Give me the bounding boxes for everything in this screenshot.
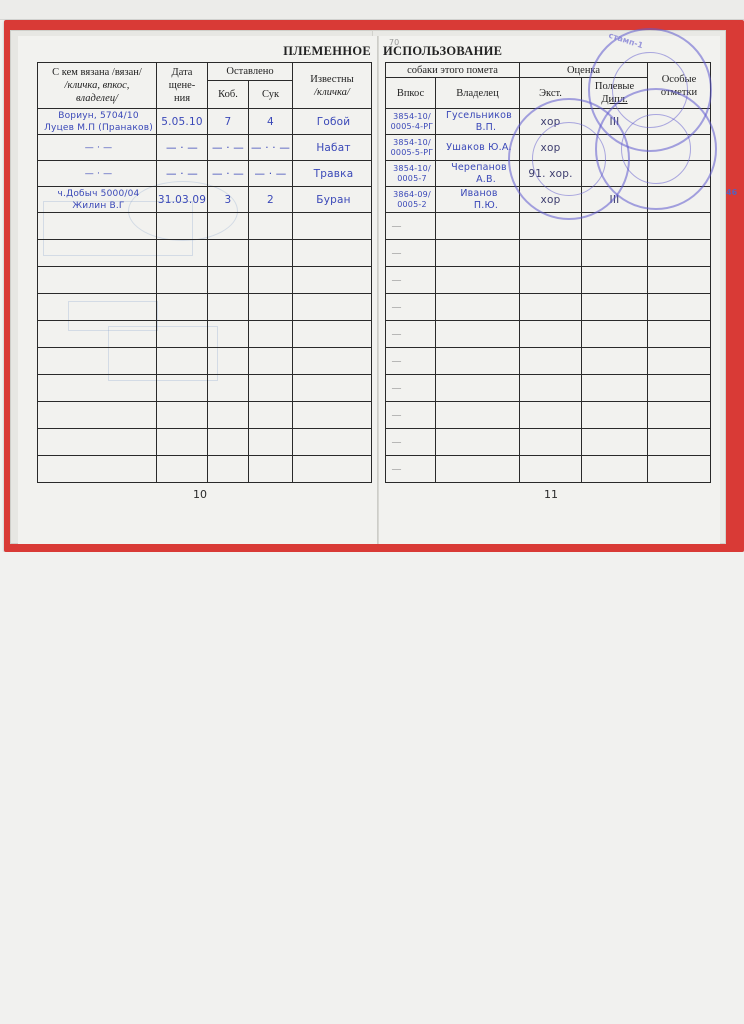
cell-mated-with	[38, 294, 157, 321]
vpkos-line-1: —	[392, 275, 435, 285]
cell-owner	[436, 402, 520, 429]
cell-exterior: хор	[520, 135, 582, 161]
cell-whelp-date	[157, 429, 208, 456]
cell-owner: ИвановП.Ю.	[436, 187, 520, 213]
cell-exterior	[520, 402, 582, 429]
cell-exterior	[520, 375, 582, 402]
cell-known-name: Буран	[293, 187, 372, 213]
cell-vpkos: —	[386, 456, 436, 483]
cell-special-notes	[648, 375, 711, 402]
cell-field-diploma	[582, 135, 648, 161]
header-whelp-date: Дата щене- ния	[157, 63, 208, 109]
cell-exterior	[520, 213, 582, 240]
cell-exterior	[520, 294, 582, 321]
cell-vpkos: —	[386, 294, 436, 321]
cell-whelp-date	[157, 213, 208, 240]
table-row: —	[386, 321, 711, 348]
mate-line-2: Луцев М.П (Пранаков)	[41, 122, 156, 134]
header-males: Коб.	[208, 81, 249, 109]
cell-vpkos: —	[386, 321, 436, 348]
cell-females	[249, 267, 293, 294]
owner-line-2: В.П.	[439, 122, 519, 134]
cell-exterior	[520, 267, 582, 294]
females-count: — · —	[254, 168, 286, 180]
cell-known-name	[293, 213, 372, 240]
whelp-date: — · —	[166, 142, 198, 154]
cell-owner	[436, 375, 520, 402]
cell-mated-with	[38, 402, 157, 429]
cell-field-diploma	[582, 375, 648, 402]
cell-known-name	[293, 240, 372, 267]
cell-males	[208, 267, 249, 294]
known-name: Травка	[314, 168, 354, 180]
cell-field-diploma	[582, 348, 648, 375]
cell-males	[208, 456, 249, 483]
scanner-blank-area	[0, 552, 744, 1024]
mate-line-1: Вориун, 5704/10	[41, 110, 156, 122]
table-row: 3854-10/0005-7ЧерепановА.В.91. хор.	[386, 161, 711, 187]
known-name: Буран	[316, 194, 350, 206]
header-owner: Владелец	[436, 78, 520, 109]
vpkos-line-1: —	[392, 248, 435, 258]
vpkos-line-1: —	[392, 464, 435, 474]
cell-whelp-date	[157, 348, 208, 375]
vpkos-line-1: 3854-10/	[389, 112, 435, 122]
exterior-rating: хор	[541, 194, 561, 206]
cell-whelp-date	[157, 375, 208, 402]
cell-owner	[436, 321, 520, 348]
mate-line-2: Жилин В.Г	[41, 200, 156, 212]
section-title-breeding: ПЛЕМЕННОЕ	[283, 44, 371, 59]
cell-mated-with	[38, 213, 157, 240]
cell-mated-with: ч.Добыч 5000/04Жилин В.Г	[38, 187, 157, 213]
cell-field-diploma	[582, 240, 648, 267]
header-vpkos: Впкос	[386, 78, 436, 109]
cell-known-name	[293, 321, 372, 348]
cell-field-diploma	[582, 402, 648, 429]
owner-line-2: А.В.	[439, 174, 519, 186]
cell-owner: Ушаков Ю.А.	[436, 135, 520, 161]
cell-mated-with	[38, 267, 157, 294]
vpkos-line-2: 0005-2	[389, 200, 435, 210]
cell-known-name	[293, 375, 372, 402]
cell-females: 4	[249, 109, 293, 135]
cell-whelp-date: 5.05.10	[157, 109, 208, 135]
cell-vpkos: —	[386, 267, 436, 294]
table-row: —	[386, 213, 711, 240]
cell-exterior: 91. хор.	[520, 161, 582, 187]
table-row	[38, 267, 372, 294]
cell-exterior	[520, 321, 582, 348]
cell-males	[208, 375, 249, 402]
cell-mated-with	[38, 375, 157, 402]
cell-field-diploma	[582, 321, 648, 348]
vpkos-line-1: 3864-09/	[389, 190, 435, 200]
exterior-rating: хор	[541, 142, 561, 154]
cell-whelp-date	[157, 240, 208, 267]
females-count: 2	[267, 194, 274, 206]
table-row: —	[386, 267, 711, 294]
litter-usage-table: собаки этого помета Оценка Особые отметк…	[385, 62, 711, 483]
cell-special-notes	[648, 187, 711, 213]
vpkos-line-1: —	[392, 302, 435, 312]
vpkos-line-2: 0005-7	[389, 174, 435, 184]
owner-line-1: Ушаков Ю.А.	[439, 142, 519, 154]
males-count: 7	[225, 116, 232, 128]
cell-special-notes	[648, 240, 711, 267]
cell-special-notes	[648, 267, 711, 294]
cell-known-name	[293, 294, 372, 321]
cell-males	[208, 321, 249, 348]
cell-special-notes	[648, 135, 711, 161]
whelp-date: — · —	[166, 168, 198, 180]
vpkos-line-1: —	[392, 383, 435, 393]
whelp-date: 5.05.10	[161, 116, 202, 128]
cell-females	[249, 240, 293, 267]
cell-owner	[436, 348, 520, 375]
cell-females: — · · —	[249, 135, 293, 161]
cell-vpkos: 3854-10/0005-5-РГ	[386, 135, 436, 161]
cell-owner	[436, 294, 520, 321]
table-row: —	[386, 348, 711, 375]
header-kept: Оставлено	[208, 63, 293, 81]
cell-whelp-date: — · —	[157, 135, 208, 161]
cell-owner	[436, 213, 520, 240]
owner-line-2: П.Ю.	[439, 200, 519, 212]
table-row: — · —— · —— · —— · · —Набат	[38, 135, 372, 161]
table-row	[38, 375, 372, 402]
table-row	[38, 321, 372, 348]
exterior-rating: хор	[541, 116, 561, 128]
mate-line-1: ч.Добыч 5000/04	[41, 188, 156, 200]
cell-mated-with	[38, 456, 157, 483]
exterior-rating: 91. хор.	[528, 168, 572, 180]
table-row: —	[386, 456, 711, 483]
cell-owner: ГусельниковВ.П.	[436, 109, 520, 135]
cell-males	[208, 213, 249, 240]
cell-special-notes	[648, 321, 711, 348]
table-row: ч.Добыч 5000/04Жилин В.Г31.03.0932Буран	[38, 187, 372, 213]
cell-known-name	[293, 402, 372, 429]
table-row: 3864-09/0005-2ИвановП.Ю.хорIII	[386, 187, 711, 213]
cell-females	[249, 402, 293, 429]
cell-special-notes	[648, 213, 711, 240]
cell-females	[249, 294, 293, 321]
header-rating: Оценка	[520, 63, 648, 78]
cell-vpkos: 3854-10/0005-7	[386, 161, 436, 187]
cell-exterior: хор	[520, 109, 582, 135]
cell-exterior	[520, 240, 582, 267]
header-known: Известны /кличка/	[293, 63, 372, 109]
cell-owner	[436, 429, 520, 456]
owner-line-1: Гусельников	[439, 110, 519, 122]
cell-vpkos: —	[386, 240, 436, 267]
cell-vpkos: 3854-10/0005-4-РГ	[386, 109, 436, 135]
cell-known-name	[293, 348, 372, 375]
field-diploma: III	[610, 194, 620, 206]
females-count: — · · —	[251, 142, 290, 154]
cell-vpkos: —	[386, 348, 436, 375]
cell-special-notes	[648, 294, 711, 321]
cell-vpkos: —	[386, 429, 436, 456]
corner-pencil-mark: 70	[389, 38, 399, 47]
cell-mated-with	[38, 429, 157, 456]
cell-whelp-date	[157, 456, 208, 483]
cell-males: — · —	[208, 135, 249, 161]
cell-field-diploma	[582, 213, 648, 240]
cell-mated-with: — · —	[38, 161, 157, 187]
cell-field-diploma	[582, 294, 648, 321]
table-row	[38, 348, 372, 375]
males-count: — · —	[212, 142, 244, 154]
cell-females	[249, 375, 293, 402]
vpkos-line-1: 3854-10/	[389, 164, 435, 174]
cell-females	[249, 321, 293, 348]
cell-exterior: хор	[520, 187, 582, 213]
vpkos-line-1: —	[392, 437, 435, 447]
cell-males	[208, 402, 249, 429]
cell-exterior	[520, 429, 582, 456]
cell-special-notes	[648, 109, 711, 135]
cell-field-diploma: III	[582, 109, 648, 135]
cell-known-name: Травка	[293, 161, 372, 187]
section-title-usage: ИСПОЛЬЗОВАНИЕ	[383, 44, 502, 59]
vpkos-line-2: 0005-5-РГ	[389, 148, 435, 158]
cell-owner	[436, 240, 520, 267]
cell-whelp-date: — · —	[157, 161, 208, 187]
cell-males: 3	[208, 187, 249, 213]
cell-exterior	[520, 456, 582, 483]
cell-special-notes	[648, 456, 711, 483]
vpkos-line-1: —	[392, 329, 435, 339]
cell-mated-with	[38, 321, 157, 348]
males-count: 3	[225, 194, 232, 206]
cell-mated-with: — · —	[38, 135, 157, 161]
table-row: 3854-10/0005-5-РГУшаков Ю.А.хор	[386, 135, 711, 161]
cell-special-notes	[648, 161, 711, 187]
cell-females	[249, 456, 293, 483]
table-row	[38, 429, 372, 456]
table-row	[38, 402, 372, 429]
cell-females: — · —	[249, 161, 293, 187]
cell-special-notes	[648, 429, 711, 456]
table-row: —	[386, 294, 711, 321]
known-name: Гобой	[317, 116, 351, 128]
page-number-left: 10	[193, 488, 207, 501]
left-page: ПЛЕМЕННОЕ С кем вязана /вязан/ /кличка, …	[18, 36, 378, 544]
cell-females	[249, 213, 293, 240]
cell-vpkos: —	[386, 213, 436, 240]
table-row: —	[386, 375, 711, 402]
cell-males	[208, 240, 249, 267]
table-row: —	[386, 429, 711, 456]
cell-field-diploma	[582, 456, 648, 483]
side-tab-number: 46	[726, 188, 737, 197]
vpkos-line-1: 3854-10/	[389, 138, 435, 148]
vpkos-line-1: —	[392, 221, 435, 231]
females-count: 4	[267, 116, 274, 128]
cell-field-diploma: III	[582, 187, 648, 213]
owner-line-1: Иванов	[439, 188, 519, 200]
cell-males	[208, 348, 249, 375]
cell-known-name	[293, 429, 372, 456]
table-row	[38, 213, 372, 240]
table-row	[38, 456, 372, 483]
cell-whelp-date	[157, 402, 208, 429]
owner-line-1: Черепанов	[439, 162, 519, 174]
cell-vpkos: —	[386, 375, 436, 402]
table-row: Вориун, 5704/10Луцев М.П (Пранаков)5.05.…	[38, 109, 372, 135]
cell-males: — · —	[208, 161, 249, 187]
cell-whelp-date	[157, 294, 208, 321]
cell-males	[208, 294, 249, 321]
header-mated-with: С кем вязана /вязан/ /кличка, впкос, вла…	[38, 63, 157, 109]
cell-females	[249, 429, 293, 456]
page-number-right: 11	[544, 488, 558, 501]
cell-field-diploma	[582, 267, 648, 294]
cell-females: 2	[249, 187, 293, 213]
cell-known-name	[293, 456, 372, 483]
cell-females	[249, 348, 293, 375]
cell-owner	[436, 456, 520, 483]
cell-owner	[436, 267, 520, 294]
cell-males: 7	[208, 109, 249, 135]
header-females: Сук	[249, 81, 293, 109]
cell-whelp-date	[157, 267, 208, 294]
table-row: —	[386, 240, 711, 267]
right-page: ИСПОЛЬЗОВАНИЕ 70 собаки этого помета Оце…	[378, 36, 720, 544]
whelp-date: 31.03.09	[158, 194, 206, 206]
cell-vpkos: 3864-09/0005-2	[386, 187, 436, 213]
header-field-diplomas: Полевые Дипл.	[582, 78, 648, 109]
mate-line-1: — · —	[41, 168, 156, 180]
cell-special-notes	[648, 402, 711, 429]
cell-mated-with	[38, 348, 157, 375]
cell-whelp-date	[157, 321, 208, 348]
cell-known-name: Гобой	[293, 109, 372, 135]
vpkos-line-2: 0005-4-РГ	[389, 122, 435, 132]
cell-mated-with: Вориун, 5704/10Луцев М.П (Пранаков)	[38, 109, 157, 135]
breeding-table: С кем вязана /вязан/ /кличка, впкос, вла…	[37, 62, 372, 483]
cell-exterior	[520, 348, 582, 375]
cell-known-name: Набат	[293, 135, 372, 161]
table-row: — · —— · —— · —— · —Травка	[38, 161, 372, 187]
table-row	[38, 240, 372, 267]
cell-vpkos: —	[386, 402, 436, 429]
mate-line-1: — · —	[41, 142, 156, 154]
cell-special-notes	[648, 348, 711, 375]
table-row: —	[386, 402, 711, 429]
cell-field-diploma	[582, 429, 648, 456]
table-row: 3854-10/0005-4-РГГусельниковВ.П.хорIII	[386, 109, 711, 135]
cell-whelp-date: 31.03.09	[157, 187, 208, 213]
scanner-bed-edge	[0, 0, 744, 20]
header-exterior: Экст.	[520, 78, 582, 109]
cell-owner: ЧерепановА.В.	[436, 161, 520, 187]
table-row	[38, 294, 372, 321]
header-litter-dogs: собаки этого помета	[386, 63, 520, 78]
cell-mated-with	[38, 240, 157, 267]
known-name: Набат	[316, 142, 350, 154]
vpkos-line-1: —	[392, 410, 435, 420]
males-count: — · —	[212, 168, 244, 180]
cell-known-name	[293, 267, 372, 294]
header-special-notes: Особые отметки	[648, 63, 711, 109]
cell-males	[208, 429, 249, 456]
vpkos-line-1: —	[392, 356, 435, 366]
cell-field-diploma	[582, 161, 648, 187]
field-diploma: III	[610, 116, 620, 128]
